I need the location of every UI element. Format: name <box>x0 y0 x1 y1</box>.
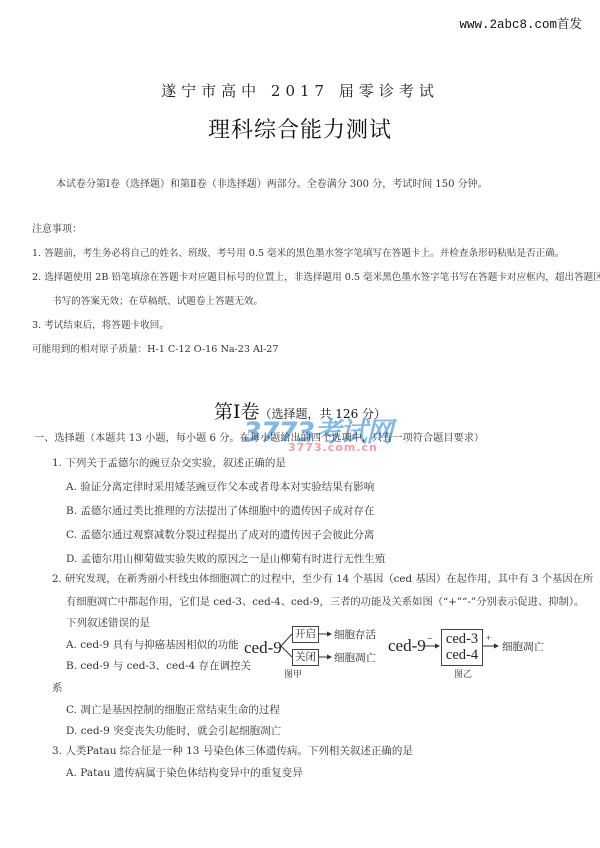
figure-b-inhibit-sign: − <box>427 634 433 645</box>
figure-b-caption: 图乙 <box>454 667 472 680</box>
figure-b-connectors <box>0 0 600 848</box>
figure-b-box-ced3: ced-3 <box>442 631 482 647</box>
figure-b-result: 细胞凋亡 <box>502 639 544 654</box>
figure-b-box-ced4: ced-4 <box>442 647 482 663</box>
figure-b-gene-box: ced-3 ced-4 <box>441 629 483 666</box>
figure-b-promote-sign: + <box>486 633 491 643</box>
question-3-option-a: A. Patau 遗传病属于染色体结构变异中的重复变异 <box>66 765 303 780</box>
question-3-stem: 3. 人类Patau 综合征是一种 13 号染色体三体遗传病。下列相关叙述正确的… <box>52 743 413 758</box>
